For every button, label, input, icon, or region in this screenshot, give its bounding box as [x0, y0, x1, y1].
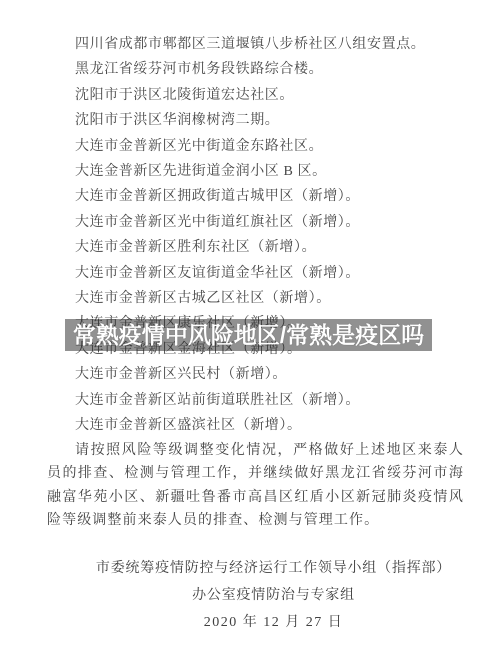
risk-area-line: 大连市金普新区古城乙区社区（新增）。	[47, 286, 464, 311]
risk-area-line: 大连市金普新区胜利东社区（新增）。	[47, 235, 464, 260]
risk-area-line: 大连市金普新区站前街道联胜社区（新增）。	[47, 388, 464, 413]
risk-area-line: 大连市金普新区盛滨社区（新增）。	[47, 413, 464, 438]
risk-area-line: 大连市金普新区光中街道金东路社区。	[47, 134, 464, 159]
watermark-banner-text: 常熟疫情中风险地区/常熟是疫区吗	[73, 319, 424, 351]
risk-area-line: 大连市金普新区友谊街道金华社区（新增）。	[47, 261, 464, 286]
watermark-banner: 常熟疫情中风险地区/常熟是疫区吗	[65, 319, 432, 351]
signature-line-2: 办公室疫情防治与专家组	[83, 582, 464, 609]
risk-area-line: 大连市金普新区光中街道红旗社区（新增）。	[47, 210, 464, 235]
signature-date: 2020 年 12 月 27 日	[83, 609, 464, 636]
signature-line-1: 市委统筹疫情防控与经济运行工作领导小组（指挥部）	[83, 555, 464, 582]
risk-area-line: 沈阳市于洪区北陵街道宏达社区。	[47, 83, 464, 108]
risk-area-line: 大连市金普新区拥政街道古城甲区（新增）。	[47, 184, 464, 209]
risk-area-line: 沈阳市于洪区华润橡树湾二期。	[47, 108, 464, 133]
risk-area-line: 黑龙江省绥芬河市机务段铁路综合楼。	[47, 57, 464, 82]
risk-area-line: 大连金普新区先进街道金润小区 B 区。	[47, 159, 464, 184]
risk-area-list: 四川省成都市郫都区三道堰镇八步桥社区八组安置点。 黑龙江省绥芬河市机务段铁路综合…	[47, 32, 464, 439]
closing-paragraph: 请按照风险等级调整变化情况，严格做好上述地区来泰人员的排查、检测与管理工作，并继…	[47, 439, 464, 533]
risk-area-line: 四川省成都市郫都区三道堰镇八步桥社区八组安置点。	[47, 32, 464, 57]
risk-area-line: 大连市金普新区兴民村（新增）。	[47, 362, 464, 387]
signature-block: 市委统筹疫情防控与经济运行工作领导小组（指挥部） 办公室疫情防治与专家组 202…	[47, 555, 464, 636]
